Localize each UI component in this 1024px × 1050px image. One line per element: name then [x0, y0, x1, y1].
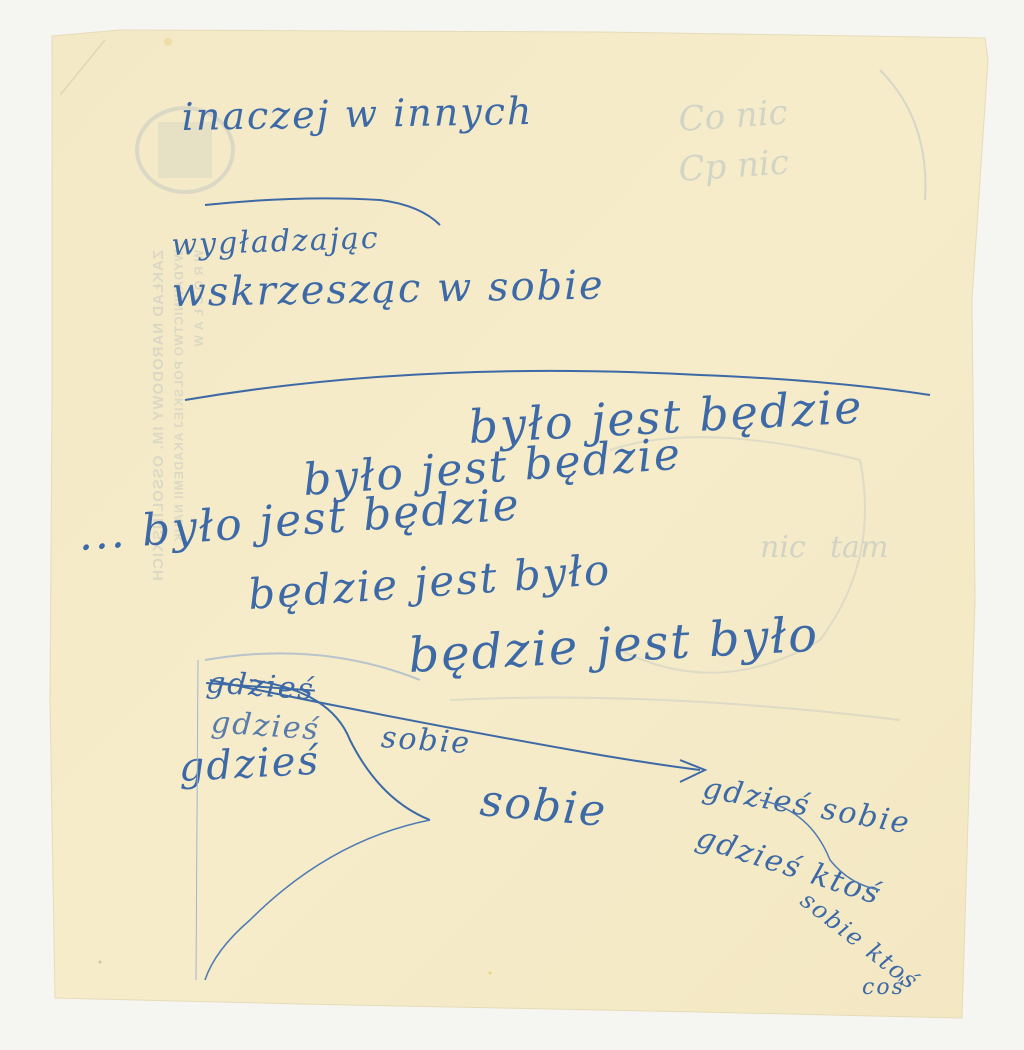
margin-cos: coś: [862, 975, 905, 1000]
line-gdzies: gdzieś: [178, 738, 321, 791]
scanned-manuscript: ZAKŁAD NARODOWY IM. OSSOLIŃSKICH WYDAWNI…: [0, 0, 1024, 1050]
ghost-note-4: tam: [830, 530, 888, 565]
ghost-note-3: nic: [760, 530, 806, 565]
line-sobie-1: sobie: [380, 720, 472, 761]
line-wskrzeszac-w-sobie: wskrzesząc w sobie: [171, 262, 605, 316]
ghost-note-2: Cp nic: [677, 142, 790, 190]
line-inaczej-w-innych: inaczej w innych: [181, 89, 534, 139]
struck-word-gdzies-1: gdzieś: [205, 665, 316, 708]
line-wygladzajac: wygładzając: [171, 221, 380, 263]
ghost-note-1: Co nic: [677, 92, 789, 140]
